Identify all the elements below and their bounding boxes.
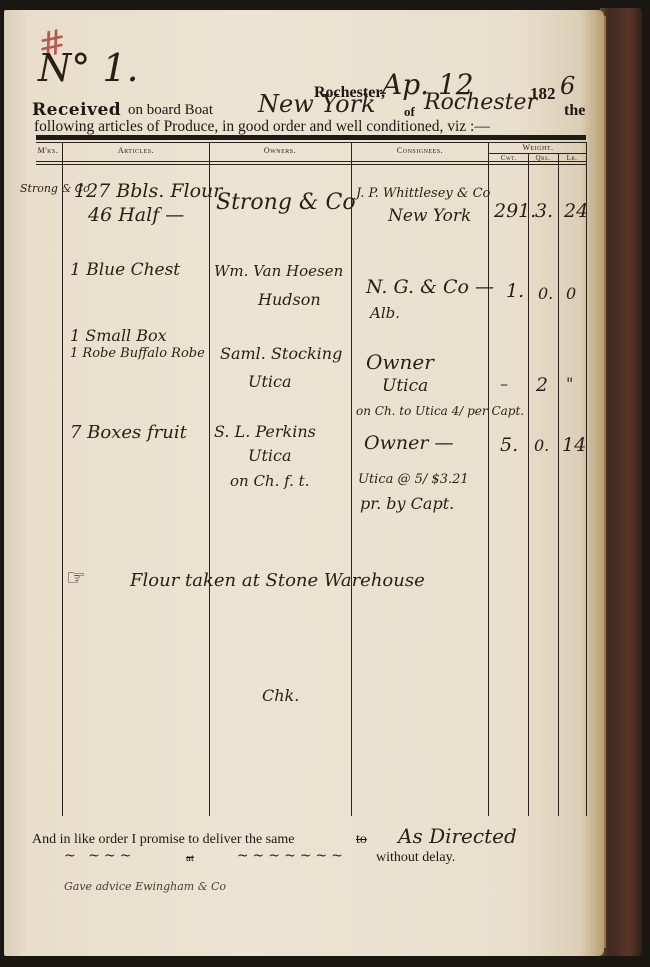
row-2-qrs: 0. — [538, 284, 553, 303]
boat-name: New York — [258, 90, 376, 118]
row-4-lb: 14 — [562, 434, 586, 456]
on-board-label: on board Boat — [128, 102, 213, 119]
row-2-consignee-2: Alb. — [370, 304, 400, 322]
col-lb: Lb. — [559, 154, 585, 162]
row-3-consignee-2: Utica — [382, 376, 428, 396]
row-1-article-1: 127 Bbls. Flour — [74, 180, 222, 202]
row-3-article-2: 1 Robe Buffalo Robe — [70, 346, 205, 361]
row-2-article: 1 Blue Chest — [70, 260, 180, 280]
pencil-note: Gave advice Ewingham & Co — [64, 880, 226, 893]
destination-line-scribble: ~ ~~~ ~~~~~~~ — [64, 848, 347, 864]
row-2-owner-2: Hudson — [258, 290, 321, 309]
without-delay: without delay. — [376, 850, 455, 866]
row-3-consignee-1: Owner — [366, 350, 434, 374]
column-header-rule-2 — [36, 164, 586, 165]
row-3-consignee-3: on Ch. to Utica 4/ per Capt. — [356, 404, 524, 418]
col-weight: Weight. — [490, 143, 586, 152]
row-4-consignee-1: Owner — — [364, 432, 453, 454]
struck-at: at — [186, 852, 194, 864]
row-1-consignee-1: J. P. Whittlesey & Co — [356, 186, 490, 201]
row-3-owner-1: Saml. Stocking — [220, 344, 342, 363]
row-4-cwt: 5. — [500, 434, 518, 456]
receipt-number: N° 1. — [38, 46, 139, 90]
row-3-qrs: 2 — [536, 374, 548, 396]
header-rule — [36, 135, 586, 140]
row-4-owner-1: S. L. Perkins — [214, 422, 316, 441]
check-initials: Chk. — [262, 686, 299, 705]
row-4-owner-3: on Ch. f. t. — [230, 472, 309, 490]
the-label: the — [564, 102, 585, 120]
row-2-cwt: 1. — [506, 280, 524, 302]
year-handwritten: 6 — [560, 72, 575, 100]
col-divider — [586, 142, 587, 816]
row-4-article: 7 Boxes fruit — [70, 422, 187, 443]
row-2-lb: 0 — [566, 284, 576, 303]
row-3-article-1: 1 Small Box — [70, 326, 167, 345]
row-3-lb: " — [566, 374, 573, 393]
row-4-owner-2: Utica — [248, 446, 292, 465]
row-4-consignee-2: Utica @ 5/ $3.21 — [358, 472, 469, 487]
col-divider — [558, 153, 559, 816]
table-note: Flour taken at Stone Warehouse — [130, 570, 425, 591]
received-label: Received — [32, 100, 121, 120]
row-1-lb: 24 — [564, 200, 588, 222]
row-2-owner-1: Wm. Van Hoesen — [214, 262, 343, 280]
row-3-cwt: – — [500, 374, 508, 393]
handwritten-destination: As Directed — [398, 824, 517, 848]
header-line-2: following articles of Produce, in good o… — [34, 118, 490, 136]
row-4-consignee-3: pr. by Capt. — [360, 494, 454, 513]
row-1-consignee-2: New York — [388, 206, 471, 226]
row-1-cwt: 291. — [494, 200, 536, 222]
pointing-hand-icon: ☞ — [66, 566, 86, 591]
col-divider — [488, 142, 489, 816]
row-1-qrs: 3. — [535, 200, 553, 222]
col-owners: Owners. — [210, 146, 350, 155]
row-2-consignee-1: N. G. & Co — — [366, 276, 494, 298]
col-consignees: Consignees. — [352, 146, 488, 155]
book-binding — [600, 8, 642, 956]
ledger-page: # N° 1. Rochester, Ap. 12 182 6 Received… — [4, 10, 604, 956]
col-divider — [528, 153, 529, 816]
col-marks: M'ks. — [34, 146, 62, 155]
col-qrs: Qrs. — [529, 154, 557, 162]
col-articles: Articles. — [64, 146, 208, 155]
col-divider — [209, 142, 210, 816]
row-1-owner: Strong & Co — [216, 190, 356, 215]
col-divider — [351, 142, 352, 816]
col-divider — [62, 142, 63, 816]
struck-to: to — [356, 832, 367, 848]
col-cwt: Cwt. — [490, 154, 528, 162]
promise-text: And in like order I promise to deliver t… — [32, 832, 294, 848]
boat-home-port: Rochester — [424, 90, 537, 115]
row-3-owner-2: Utica — [248, 372, 292, 391]
row-1-article-2: 46 Half — — [88, 204, 184, 226]
row-4-qrs: 0. — [534, 436, 549, 455]
